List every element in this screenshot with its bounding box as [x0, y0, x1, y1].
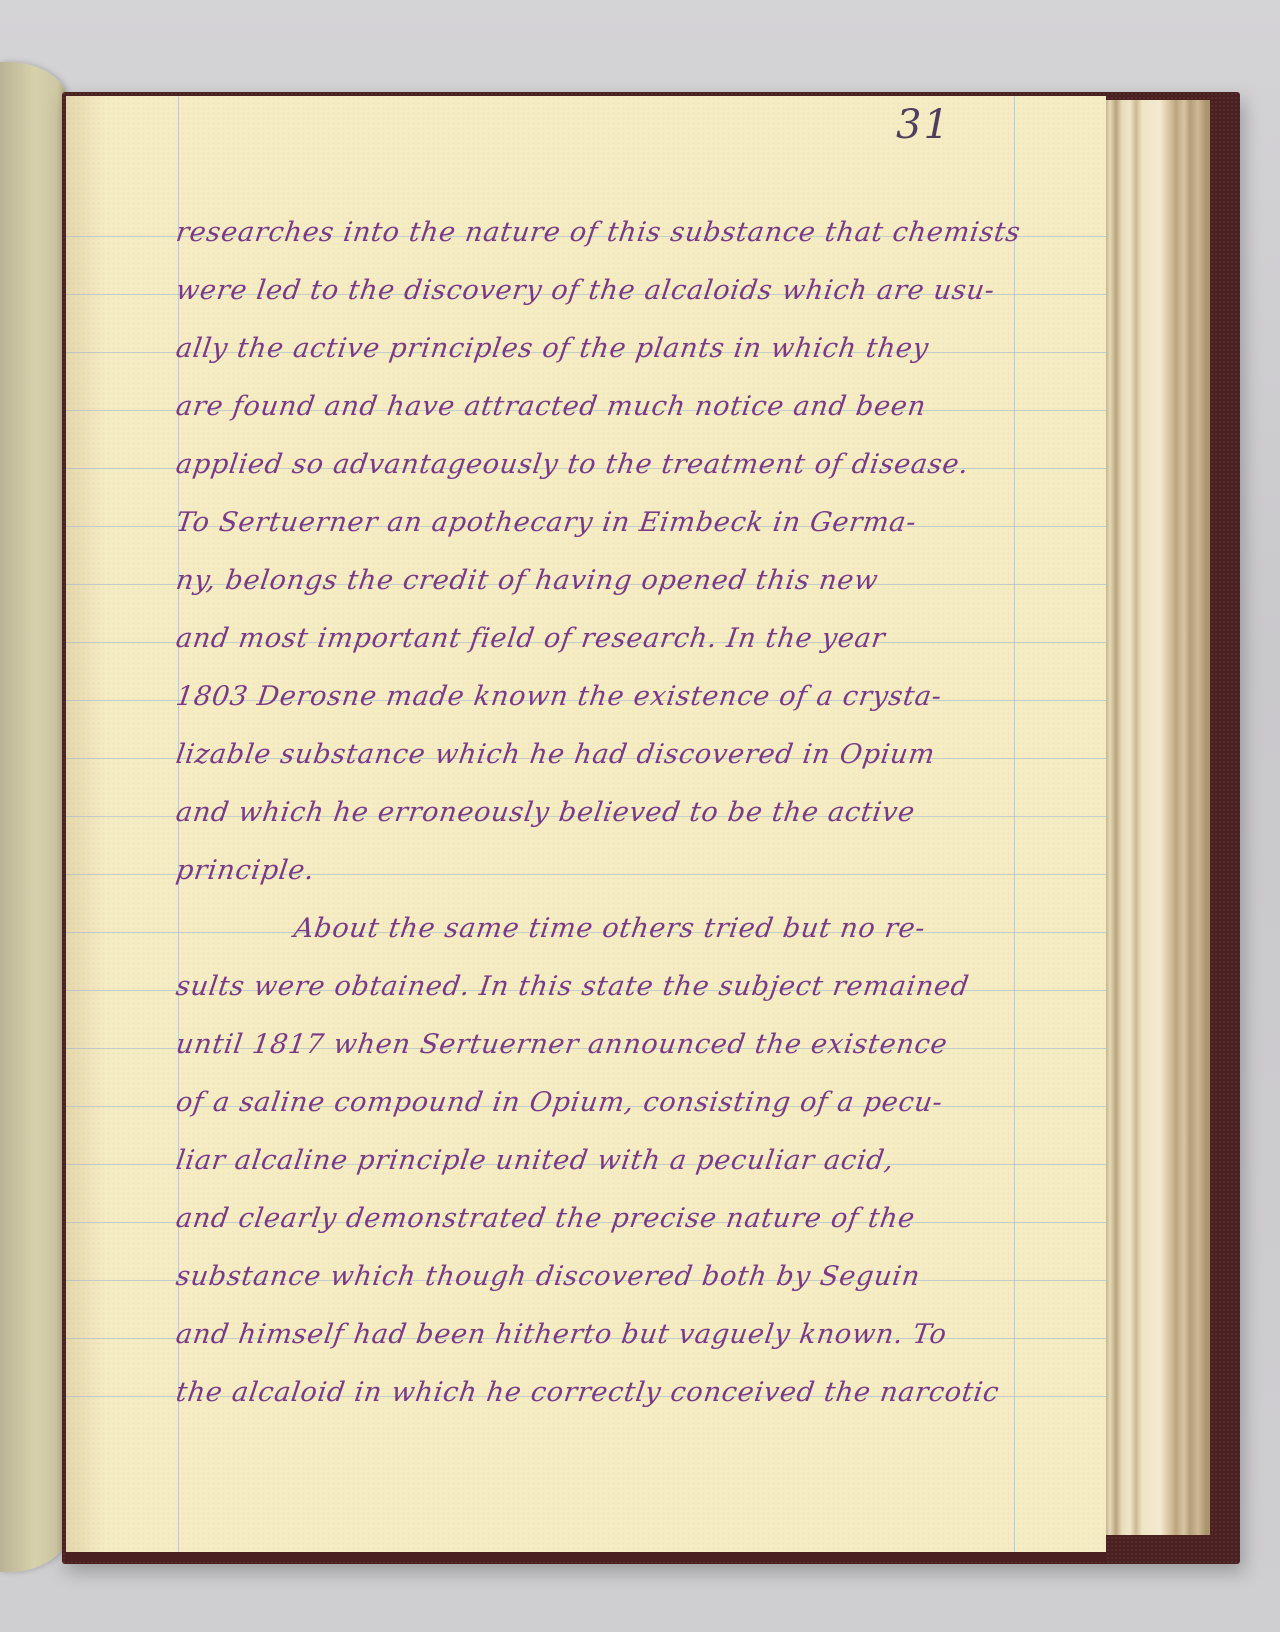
cover-bottom-edge	[66, 1552, 1106, 1562]
text-line: ny, belongs the credit of having opened …	[172, 552, 1110, 610]
text-line: and clearly demonstrated the precise nat…	[172, 1190, 1110, 1248]
text-line: and which he erroneously believed to be …	[172, 784, 1110, 842]
text-line: ally the active principles of the plants…	[172, 320, 1110, 378]
text-line: of a saline compound in Opium, consistin…	[172, 1074, 1110, 1132]
paragraph-start-line: About the same time others tried but no …	[172, 900, 1110, 958]
text-line: 1803 Derosne made known the existence of…	[172, 668, 1110, 726]
text-line: until 1817 when Sertuerner announced the…	[172, 1016, 1110, 1074]
text-line: liar alcaline principle united with a pe…	[172, 1132, 1110, 1190]
text-line: were led to the discovery of the alcaloi…	[172, 262, 1110, 320]
page-stack-edges	[1100, 100, 1210, 1535]
handwritten-text: researches into the nature of this subst…	[172, 204, 1102, 1422]
text-line: researches into the nature of this subst…	[172, 204, 1110, 262]
text-line: substance which though discovered both b…	[172, 1248, 1110, 1306]
text-line: lizable substance which he had discovere…	[172, 726, 1110, 784]
left-page-edge	[0, 62, 68, 1572]
page-number: 31	[896, 102, 951, 148]
text-line: the alcaloid in which he correctly conce…	[172, 1364, 1110, 1422]
manuscript-page: 31 researches into the nature of this su…	[66, 96, 1106, 1552]
text-line: To Sertuerner an apothecary in Eimbeck i…	[172, 494, 1110, 552]
text-line: sults were obtained. In this state the s…	[172, 958, 1110, 1016]
text-line: principle.	[172, 842, 1110, 900]
text-line: are found and have attracted much notice…	[172, 378, 1110, 436]
text-line: applied so advantageously to the treatme…	[172, 436, 1110, 494]
text-line: and most important field of research. In…	[172, 610, 1110, 668]
text-line: and himself had been hitherto but vaguel…	[172, 1306, 1110, 1364]
